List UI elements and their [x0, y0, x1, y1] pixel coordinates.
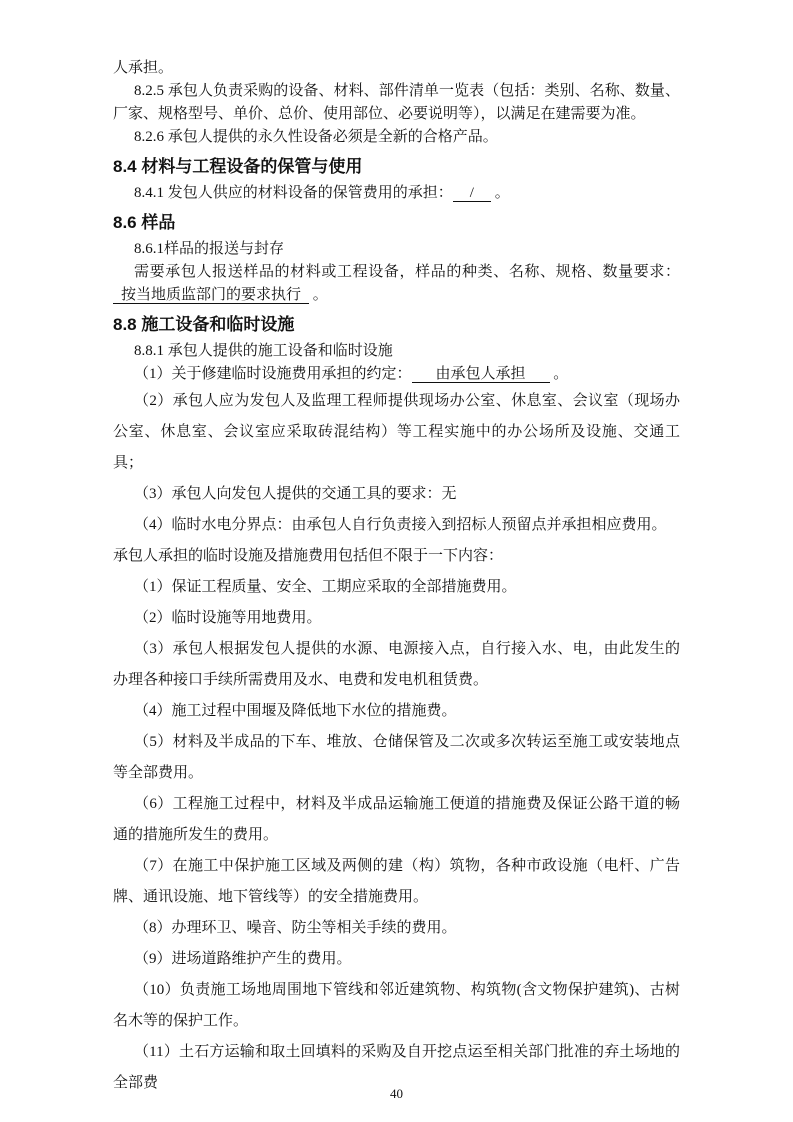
- text-run: 8.4.1 发包人供应的材料设备的保管费用的承担：: [134, 185, 453, 201]
- text-run: 8.8.1 承包人提供的施工设备和临时设施: [134, 343, 393, 359]
- text-run: 8.8 施工设备和临时设施: [113, 315, 294, 334]
- blank-fill-value: 按当地质监部门的要求执行: [113, 287, 309, 304]
- paragraph: （9）进场道路维护产生的费用。: [113, 944, 680, 975]
- text-run: （3）承包人向发包人提供的交通工具的要求：无: [134, 486, 457, 502]
- text-run: （6）工程施工过程中，材料及半成品运输施工便道的措施费及保证公路干道的畅通的措施…: [113, 796, 680, 843]
- text-run: 。: [309, 287, 328, 303]
- text-run: 8.4 材料与工程设备的保管与使用: [113, 157, 362, 176]
- document-page: 人承担。8.2.5 承包人负责采购的设备、材料、部件清单一览表（包括：类别、名称…: [0, 0, 793, 1122]
- paragraph: 需要承包人报送样品的材料或工程设备，样品的种类、名称、规格、数量要求：按当地质监…: [113, 261, 680, 307]
- paragraph: （6）工程施工过程中，材料及半成品运输施工便道的措施费及保证公路干道的畅通的措施…: [113, 789, 680, 851]
- text-run: （1）关于修建临时设施费用承担的约定：: [134, 366, 412, 382]
- paragraph: 8.6.1样品的报送与封存: [113, 238, 680, 261]
- paragraph: 承包人承担的临时设施及措施费用包括但不限于一下内容：: [113, 541, 680, 572]
- paragraph: （3）承包人根据发包人提供的水源、电源接入点，自行接入水、电，由此发生的办理各种…: [113, 634, 680, 696]
- text-run: （10）负责施工场地周围地下管线和邻近建筑物、构筑物(含文物保护建筑)、古树名木…: [113, 982, 680, 1029]
- paragraph: （5）材料及半成品的下车、堆放、仓储保管及二次或多次转运至施工或安装地点等全部费…: [113, 727, 680, 789]
- paragraph: 8.2.6 承包人提供的永久性设备必须是全新的合格产品。: [113, 126, 680, 149]
- section-heading: 8.4 材料与工程设备的保管与使用: [113, 154, 680, 180]
- page-number: 40: [390, 1086, 403, 1101]
- section-heading: 8.8 施工设备和临时设施: [113, 312, 680, 338]
- page-footer: 40: [0, 1086, 793, 1102]
- document-body: 人承担。8.2.5 承包人负责采购的设备、材料、部件清单一览表（包括：类别、名称…: [0, 0, 793, 1099]
- text-run: （11）土石方运输和取土回填料的采购及自开挖点运至相关部门批准的弃土场地的全部费: [113, 1044, 680, 1091]
- text-run: （9）进场道路维护产生的费用。: [134, 951, 352, 967]
- paragraph: （10）负责施工场地周围地下管线和邻近建筑物、构筑物(含文物保护建筑)、古树名木…: [113, 975, 680, 1037]
- text-run: 需要承包人报送样品的材料或工程设备，样品的种类、名称、规格、数量要求：: [134, 264, 680, 280]
- paragraph: 人承担。: [113, 57, 680, 80]
- text-run: 。: [550, 366, 569, 382]
- text-run: （2）承包人应为发包人及监理工程师提供现场办公室、休息室、会议室（现场办公室、休…: [113, 393, 680, 471]
- text-run: 人承担。: [113, 60, 173, 76]
- paragraph: 8.4.1 发包人供应的材料设备的保管费用的承担：/ 。: [113, 182, 680, 205]
- section-heading: 8.6 样品: [113, 210, 680, 236]
- text-run: 8.6.1样品的报送与封存: [134, 241, 284, 257]
- text-run: （3）承包人根据发包人提供的水源、电源接入点，自行接入水、电，由此发生的办理各种…: [113, 641, 680, 688]
- text-run: （2）临时设施等用地费用。: [134, 610, 322, 626]
- blank-fill-value: 由承包人承担: [412, 366, 550, 383]
- text-run: 。: [491, 185, 510, 201]
- paragraph: （2）临时设施等用地费用。: [113, 603, 680, 634]
- text-run: 8.6 样品: [113, 213, 175, 232]
- text-run: 承包人承担的临时设施及措施费用包括但不限于一下内容：: [113, 548, 503, 564]
- paragraph: （1）保证工程质量、安全、工期应采取的全部措施费用。: [113, 572, 680, 603]
- paragraph: （4）临时水电分界点：由承包人自行负责接入到招标人预留点并承担相应费用。: [113, 510, 680, 541]
- paragraph: （3）承包人向发包人提供的交通工具的要求：无: [113, 479, 680, 510]
- paragraph: 8.8.1 承包人提供的施工设备和临时设施: [113, 340, 680, 363]
- text-run: （8）办理环卫、噪音、防尘等相关手续的费用。: [134, 920, 457, 936]
- paragraph: （2）承包人应为发包人及监理工程师提供现场办公室、休息室、会议室（现场办公室、休…: [113, 386, 680, 479]
- paragraph: 8.2.5 承包人负责采购的设备、材料、部件清单一览表（包括：类别、名称、数量、…: [113, 80, 680, 126]
- text-run: 8.2.5 承包人负责采购的设备、材料、部件清单一览表（包括：类别、名称、数量、…: [113, 83, 680, 122]
- text-run: 8.2.6 承包人提供的永久性设备必须是全新的合格产品。: [134, 129, 498, 145]
- text-run: （4）临时水电分界点：由承包人自行负责接入到招标人预留点并承担相应费用。: [134, 517, 667, 533]
- text-run: （4）施工过程中围堰及降低地下水位的措施费。: [134, 703, 457, 719]
- paragraph: （4）施工过程中围堰及降低地下水位的措施费。: [113, 696, 680, 727]
- text-run: （1）保证工程质量、安全、工期应采取的全部措施费用。: [134, 579, 517, 595]
- text-run: （7）在施工中保护施工区域及两侧的建（构）筑物，各种市政设施（电杆、广告牌、通讯…: [113, 858, 680, 905]
- blank-fill-value: /: [453, 185, 491, 202]
- paragraph: （7）在施工中保护施工区域及两侧的建（构）筑物，各种市政设施（电杆、广告牌、通讯…: [113, 851, 680, 913]
- text-run: （5）材料及半成品的下车、堆放、仓储保管及二次或多次转运至施工或安装地点等全部费…: [113, 734, 680, 781]
- paragraph: （1）关于修建临时设施费用承担的约定：由承包人承担 。: [113, 363, 680, 386]
- paragraph: （8）办理环卫、噪音、防尘等相关手续的费用。: [113, 913, 680, 944]
